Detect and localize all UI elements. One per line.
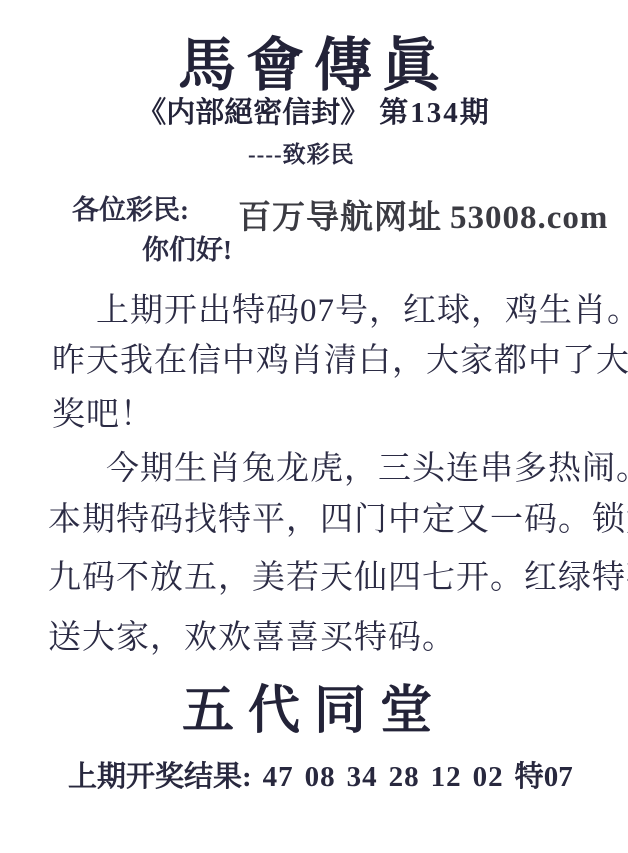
result-number: 34 xyxy=(347,761,378,793)
result-label: 上期开奖结果: xyxy=(68,761,252,793)
result-number: 08 xyxy=(305,761,336,793)
dedication-line: ----致彩民 xyxy=(248,136,355,169)
body-line: 送大家，欢欢喜喜买特码。 xyxy=(48,611,456,658)
body-line: 本期特码找特平，四门中定又一码。锁定 xyxy=(48,493,628,540)
special-code: 特07 xyxy=(515,761,573,793)
body-line: 奖吧！ xyxy=(52,388,154,435)
body-line: 上期开出特码07号，红球，鸡生肖。 xyxy=(96,284,628,331)
special-number: 07 xyxy=(544,761,573,793)
watermark-site: 53008.com xyxy=(450,200,608,236)
body-line: 昨天我在信中鸡肖清白，大家都中了大 xyxy=(52,334,628,381)
result-number: 28 xyxy=(389,761,420,793)
result-number: 12 xyxy=(431,761,462,793)
special-prefix: 特 xyxy=(515,761,544,793)
body-line: 九码不放五，美若天仙四七开。红绿特码 xyxy=(48,551,628,598)
subtitle-envelope: 《内部絕密信封》 xyxy=(137,97,369,129)
subtitle-row: 《内部絕密信封》第134期 xyxy=(0,90,628,131)
result-number: 47 xyxy=(263,761,294,793)
slogan-heading: 五代同堂 xyxy=(0,668,628,743)
greeting: 你们好! xyxy=(142,228,232,267)
issue-number: 第134期 xyxy=(379,97,491,129)
body-line: 今期生肖兔龙虎，三头连串多热闹。 xyxy=(106,442,628,489)
fax-letter-page: 馬會傳眞 《内部絕密信封》第134期 ----致彩民 各位彩民: 百万导航网址5… xyxy=(0,0,628,853)
watermark: 百万导航网址53008.com xyxy=(238,191,608,238)
watermark-label: 百万导航网址 xyxy=(238,198,442,235)
result-number: 02 xyxy=(473,761,504,793)
previous-draw-results: 上期开奖结果:470834281202特07 xyxy=(68,754,573,795)
salutation: 各位彩民: xyxy=(72,188,189,227)
